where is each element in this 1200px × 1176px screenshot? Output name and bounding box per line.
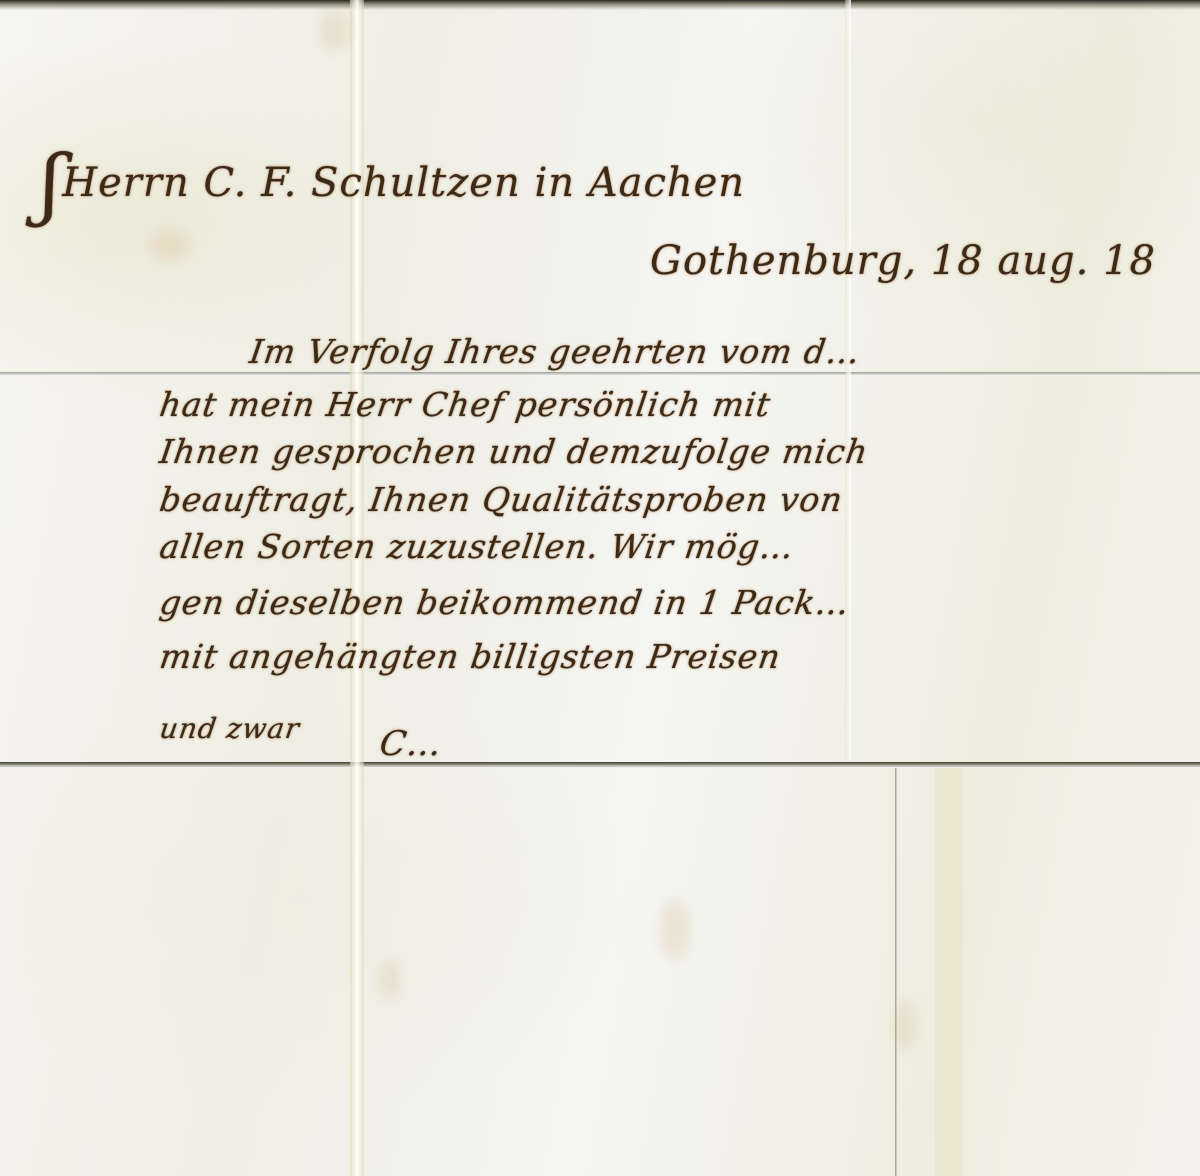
- body-line-2: hat mein Herr Chef persönlich mit: [157, 385, 773, 424]
- foxing-stain: [320, 10, 350, 50]
- body-line-1: Im Verfolg Ihres geehrten vom d…: [247, 332, 863, 371]
- foxing-stain: [150, 230, 190, 260]
- body-line-5: allen Sorten zuzustellen. Wir mög…: [157, 527, 797, 566]
- body-line-9-fragment: C…: [377, 724, 445, 764]
- vertical-crease-right: [845, 0, 851, 760]
- lower-panel-crease: [935, 768, 963, 1176]
- body-line-6: gen dieselben beikommend in 1 Pack…: [157, 583, 852, 622]
- scanned-letter: ʃHerrn C. F. Schultzen in Aachen Gothenb…: [0, 0, 1200, 1176]
- foxing-stain: [895, 1000, 915, 1050]
- body-line-7: mit angehängten billigsten Preisen: [157, 637, 783, 676]
- addressee-line: ʃHerrn C. F. Schultzen in Aachen: [40, 160, 745, 206]
- lower-panel-edge: [895, 768, 898, 1176]
- lower-fold-edge: [0, 762, 1200, 768]
- foxing-stain: [380, 960, 400, 1000]
- body-line-3: Ihnen gesprochen und demzufolge mich: [157, 432, 871, 471]
- horizontal-crease: [0, 372, 1200, 376]
- top-edge-fold: [0, 0, 1200, 10]
- body-line-8: und zwar: [158, 712, 302, 745]
- place-date-line: Gothenburg, 18 aug. 18: [650, 238, 1156, 284]
- body-line-4: beauftragt, Ihnen Qualitätsproben von: [157, 480, 845, 519]
- foxing-stain: [660, 900, 690, 960]
- initial-flourish: ʃ: [40, 139, 62, 229]
